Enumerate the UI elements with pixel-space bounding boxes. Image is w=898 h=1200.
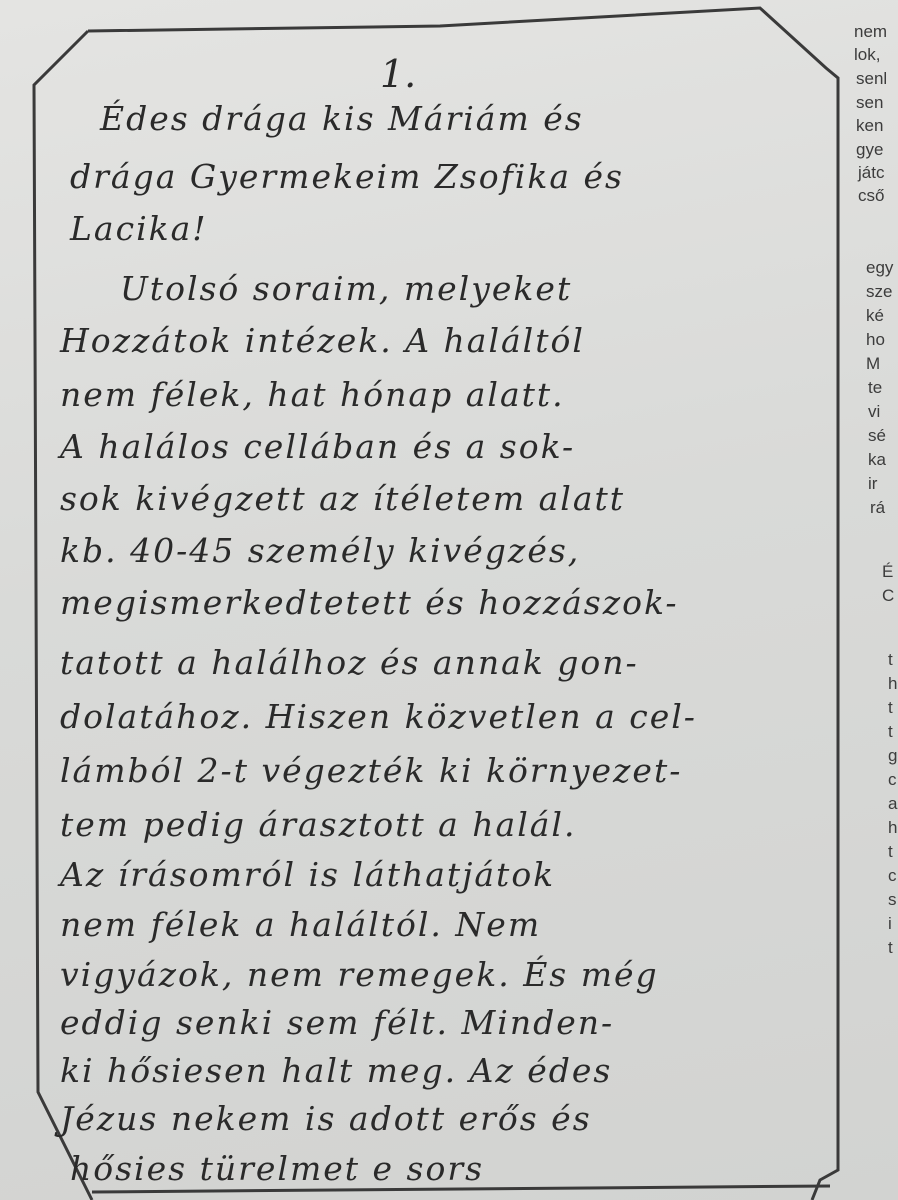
margin-word: te [868, 378, 882, 398]
letter-line: Utolsó soraim, melyeket [120, 272, 572, 305]
margin-word: t [888, 938, 893, 958]
margin-word: t [888, 650, 893, 670]
margin-word: senl [856, 69, 887, 89]
letter-line: kb. 40-45 személy kivégzés, [60, 534, 580, 567]
margin-word: i [888, 914, 892, 934]
letter-line: Édes drága kis Máriám és [100, 102, 584, 135]
letter-line: Lacika! [70, 212, 208, 245]
letter-line: nem félek, hat hónap alatt. [60, 378, 565, 411]
margin-word: cső [858, 186, 884, 206]
margin-word: a [888, 794, 897, 814]
letter-line: ki hősiesen halt meg. Az édes [60, 1054, 612, 1087]
margin-word: ka [868, 450, 886, 470]
letter-line: vigyázok, nem remegek. És még [60, 958, 659, 991]
handwritten-letter: 1. Édes drága kis Máriám és drága Gyerme… [60, 40, 840, 1190]
margin-word: ké [866, 306, 884, 326]
letter-line: Hozzátok intézek. A haláltól [60, 324, 585, 357]
margin-word: h [888, 674, 897, 694]
margin-word: c [888, 770, 897, 790]
letter-line: megismerkedtetett és hozzászok- [60, 586, 679, 619]
margin-word: vi [868, 402, 880, 422]
letter-line: drága Gyermekeim Zsofika és [70, 160, 624, 193]
margin-word: h [888, 818, 897, 838]
letter-line: sok kivégzett az ítéletem alatt [60, 482, 625, 515]
margin-word: ho [866, 330, 885, 350]
margin-word: t [888, 842, 893, 862]
letter-line: tem pedig árasztott a halál. [60, 808, 576, 841]
margin-word: sé [868, 426, 886, 446]
margin-printed-text: nem lok, senl sen ken gye játc cső egy s… [852, 0, 898, 1200]
margin-word: sze [866, 282, 892, 302]
letter-line: nem félek a haláltól. Nem [60, 908, 541, 941]
margin-word: g [888, 746, 897, 766]
letter-line: dolatához. Hiszen közvetlen a cel- [60, 700, 697, 733]
letter-line: hősies türelmet e sors [70, 1152, 484, 1185]
margin-word: ir [868, 474, 877, 494]
margin-word: egy [866, 258, 893, 278]
letter-line: Az írásomról is láthatjátok [60, 858, 555, 891]
margin-word: gye [856, 140, 883, 160]
margin-word: játc [858, 163, 884, 183]
letter-line: lámból 2-t végezték ki környezet- [60, 754, 682, 787]
margin-word: t [888, 698, 893, 718]
margin-word: C [882, 586, 894, 606]
margin-word: s [888, 890, 897, 910]
margin-word: nem [854, 22, 887, 42]
letter-number: 1. [380, 52, 416, 96]
letter-line: A halálos cellában és a sok- [60, 430, 575, 463]
margin-word: t [888, 722, 893, 742]
letter-line: tatott a halálhoz és annak gon- [60, 646, 639, 679]
margin-word: É [882, 562, 893, 582]
margin-word: ken [856, 116, 883, 136]
letter-line: Jézus nekem is adott erős és [60, 1102, 592, 1135]
margin-word: c [888, 866, 897, 886]
margin-word: M [866, 354, 880, 374]
letter-line: eddig senki sem félt. Minden- [60, 1006, 614, 1039]
margin-word: sen [856, 93, 883, 113]
margin-word: rá [870, 498, 885, 518]
margin-word: lok, [854, 45, 880, 65]
